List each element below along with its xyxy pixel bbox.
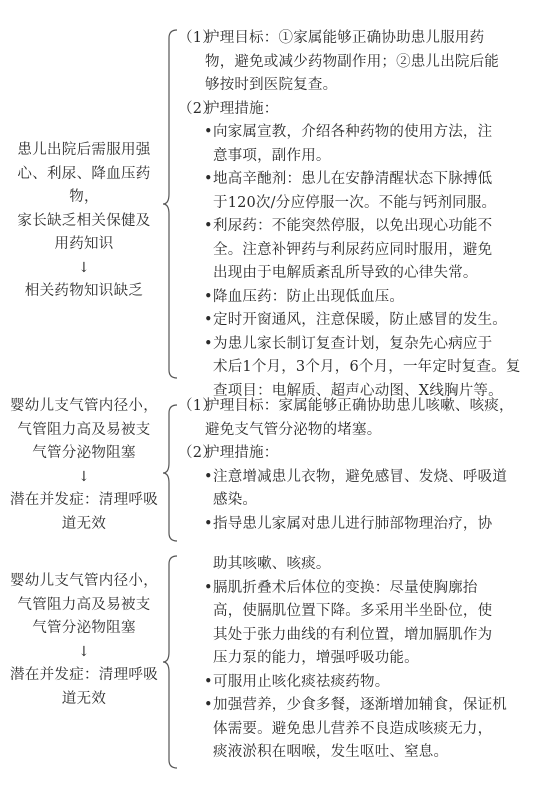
item-number: （1） bbox=[178, 27, 205, 51]
problem-line: 气管分泌物阻塞 bbox=[4, 617, 164, 641]
measures-label: 护理措施： bbox=[205, 98, 279, 122]
problem-line: 患儿出院后需服用强 bbox=[4, 139, 164, 163]
bullet-icon: • bbox=[204, 513, 213, 537]
bullet-icon: • bbox=[204, 333, 213, 357]
down-arrow-icon: ↓ bbox=[4, 641, 164, 665]
nursing-diagnosis: 道无效 bbox=[4, 513, 164, 537]
goal-label: 护理目标：①家属能够正确协助患儿服用药 bbox=[205, 27, 484, 51]
bullet-icon: • bbox=[204, 309, 213, 333]
measure-item: • 向家属宣教，介绍各种药物的使用方法，注 意事项，副作用。 bbox=[178, 121, 538, 168]
section-airway-clearance-continued: 婴幼儿支气管内径小， 气管阻力高及易被支 气管分泌物阻塞 ↓ 潜在并发症：清理呼… bbox=[0, 540, 549, 789]
bullet-icon: • bbox=[204, 577, 213, 601]
nursing-goal: （1） 护理目标：①家属能够正确协助患儿服用药 bbox=[178, 27, 538, 51]
item-number: （1） bbox=[178, 395, 205, 419]
measure-continuation: 助其咳嗽、咳痰。 bbox=[178, 553, 538, 577]
measure-item: • 利尿药：不能突然停服，以免出现心功能不 全。注意补钾药与利尿药应同时服用，避… bbox=[178, 215, 538, 286]
bullet-icon: • bbox=[204, 671, 213, 695]
measure-item: • 为患儿家长制订复查计划，复杂先心病应于 术后1个月，3个月，6个月，一年定时… bbox=[178, 333, 538, 404]
nursing-diagnosis: 潜在并发症：清理呼吸 bbox=[4, 664, 164, 688]
problem-line: 心、利尿、降血压药物， bbox=[4, 163, 164, 210]
measure-item: • 定时开窗通风，注意保暖，防止感冒的发生。 bbox=[178, 309, 538, 333]
problem-line: 气管分泌物阻塞 bbox=[4, 442, 164, 466]
bullet-icon: • bbox=[204, 215, 213, 239]
measure-item: • 膈肌折叠术后体位的变换：尽量使胸廓抬 高，使膈肌位置下降。多采用半坐卧位，使… bbox=[178, 577, 538, 671]
section-airway-clearance: 婴幼儿支气管内径小， 气管阻力高及易被支 气管分泌物阻塞 ↓ 潜在并发症：清理呼… bbox=[0, 395, 549, 540]
goal-label: 护理目标：家属能够正确协助患儿咳嗽、咳痰， bbox=[205, 395, 514, 419]
nursing-goal: （1） 护理目标：家属能够正确协助患儿咳嗽、咳痰， bbox=[178, 395, 538, 419]
nursing-measures-heading: （2） 护理措施： bbox=[178, 442, 538, 466]
bullet-icon: • bbox=[204, 694, 213, 718]
nursing-plan: （1） 护理目标：①家属能够正确协助患儿服用药 物，避免或减少药物副作用；②患儿… bbox=[178, 27, 538, 403]
down-arrow-icon: ↓ bbox=[4, 466, 164, 490]
problem-line: 家长缺乏相关保健及 bbox=[4, 210, 164, 234]
measure-item: • 加强营养，少食多餐，逐渐增加辅食，保证机 体需要。避免患儿营养不良造成咳痰无… bbox=[178, 694, 538, 765]
problem-cause: 婴幼儿支气管内径小， 气管阻力高及易被支 气管分泌物阻塞 ↓ 潜在并发症：清理呼… bbox=[4, 395, 164, 536]
down-arrow-icon: ↓ bbox=[4, 257, 164, 281]
measure-item: • 降血压药：防止出现低血压。 bbox=[178, 286, 538, 310]
problem-line: 婴幼儿支气管内径小， bbox=[4, 395, 164, 419]
nursing-measures-heading: （2） 护理措施： bbox=[178, 98, 538, 122]
nursing-diagnosis: 相关药物知识缺乏 bbox=[4, 280, 164, 304]
problem-line: 气管阻力高及易被支 bbox=[4, 594, 164, 618]
bullet-icon: • bbox=[204, 121, 213, 145]
bullet-icon: • bbox=[204, 286, 213, 310]
problem-line: 婴幼儿支气管内径小， bbox=[4, 570, 164, 594]
measures-label: 护理措施： bbox=[205, 442, 279, 466]
item-number: （2） bbox=[178, 442, 205, 466]
goal-continuation: 物，避免或减少药物副作用；②患儿出院后能 bbox=[178, 51, 538, 75]
nursing-diagnosis: 道无效 bbox=[4, 688, 164, 712]
measure-item: • 可服用止咳化痰祛痰药物。 bbox=[178, 671, 538, 695]
bullet-icon: • bbox=[204, 466, 213, 490]
nursing-plan: 助其咳嗽、咳痰。 • 膈肌折叠术后体位的变换：尽量使胸廓抬 高，使膈肌位置下降。… bbox=[178, 553, 538, 765]
section-medication-knowledge: 患儿出院后需服用强 心、利尿、降血压药物， 家长缺乏相关保健及 用药知识 ↓ 相… bbox=[0, 0, 549, 395]
problem-line: 气管阻力高及易被支 bbox=[4, 419, 164, 443]
problem-cause: 婴幼儿支气管内径小， 气管阻力高及易被支 气管分泌物阻塞 ↓ 潜在并发症：清理呼… bbox=[4, 570, 164, 711]
measure-item: • 注意增减患儿衣物，避免感冒、发烧、呼吸道 感染。 bbox=[178, 466, 538, 513]
bullet-icon: • bbox=[204, 168, 213, 192]
goal-continuation: 够按时到医院复查。 bbox=[178, 74, 538, 98]
problem-cause: 患儿出院后需服用强 心、利尿、降血压药物， 家长缺乏相关保健及 用药知识 ↓ 相… bbox=[4, 139, 164, 304]
measure-item: • 指导患儿家属对患儿进行肺部物理治疗，协 bbox=[178, 513, 538, 537]
nursing-diagnosis: 潜在并发症：清理呼吸 bbox=[4, 489, 164, 513]
measure-item: • 地高辛酏剂：患儿在安静清醒状态下脉搏低 于120次/分应停服一次。不能与钙剂… bbox=[178, 168, 538, 215]
goal-continuation: 避免支气管分泌物的堵塞。 bbox=[178, 419, 538, 443]
problem-line: 用药知识 bbox=[4, 233, 164, 257]
nursing-plan: （1） 护理目标：家属能够正确协助患儿咳嗽、咳痰， 避免支气管分泌物的堵塞。 （… bbox=[178, 395, 538, 536]
item-number: （2） bbox=[178, 98, 205, 122]
